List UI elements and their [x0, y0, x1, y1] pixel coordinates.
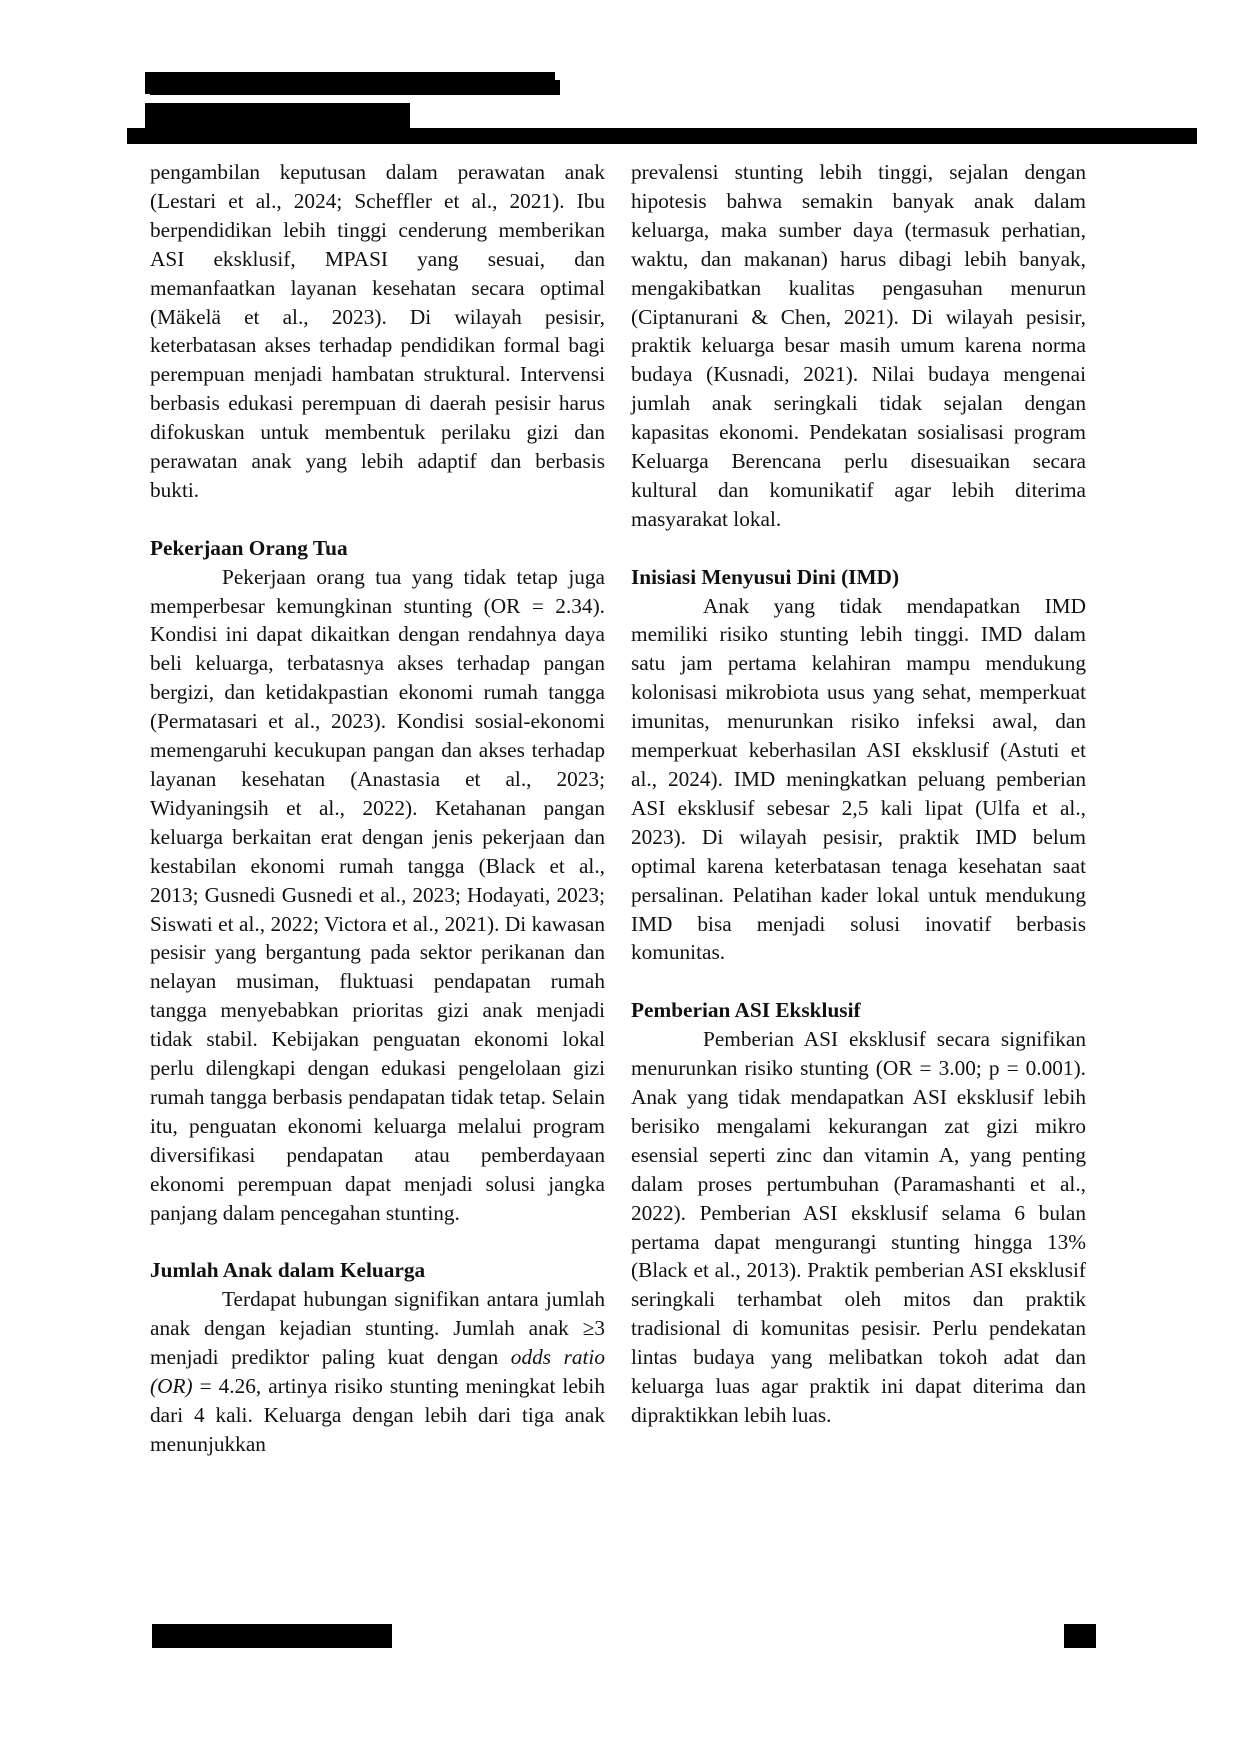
section-heading-asi-eksklusif: Pemberian ASI Eksklusif [631, 996, 1086, 1025]
section-paragraph-asi-eksklusif: Pemberian ASI eksklusif secara signifika… [631, 1025, 1086, 1430]
section-heading-imd: Inisiasi Menyusui Dini (IMD) [631, 563, 1086, 592]
section-paragraph-pekerjaan: Pekerjaan orang tua yang tidak tetap jug… [150, 563, 605, 1228]
section-heading-jumlah-anak: Jumlah Anak dalam Keluarga [150, 1256, 605, 1285]
continuation-paragraph: prevalensi stunting lebih tinggi, sejala… [631, 158, 1086, 534]
intro-paragraph: pengambilan keputusan dalam perawatan an… [150, 158, 605, 505]
paragraph-text-part: = 4.26, artinya risiko stunting meningka… [150, 1374, 605, 1456]
right-column: prevalensi stunting lebih tinggi, sejala… [631, 158, 1086, 1430]
footer-journal-info-redacted [152, 1624, 392, 1648]
section-heading-pekerjaan: Pekerjaan Orang Tua [150, 534, 605, 563]
footer-page-number-redacted [1064, 1624, 1096, 1648]
left-column: pengambilan keputusan dalam perawatan an… [150, 158, 605, 1459]
header-journal-title-redacted-lower [150, 80, 560, 95]
header-rule [127, 128, 1197, 144]
section-paragraph-jumlah-anak: Terdapat hubungan signifikan antara juml… [150, 1285, 605, 1458]
section-paragraph-imd: Anak yang tidak mendapatkan IMD memiliki… [631, 592, 1086, 968]
